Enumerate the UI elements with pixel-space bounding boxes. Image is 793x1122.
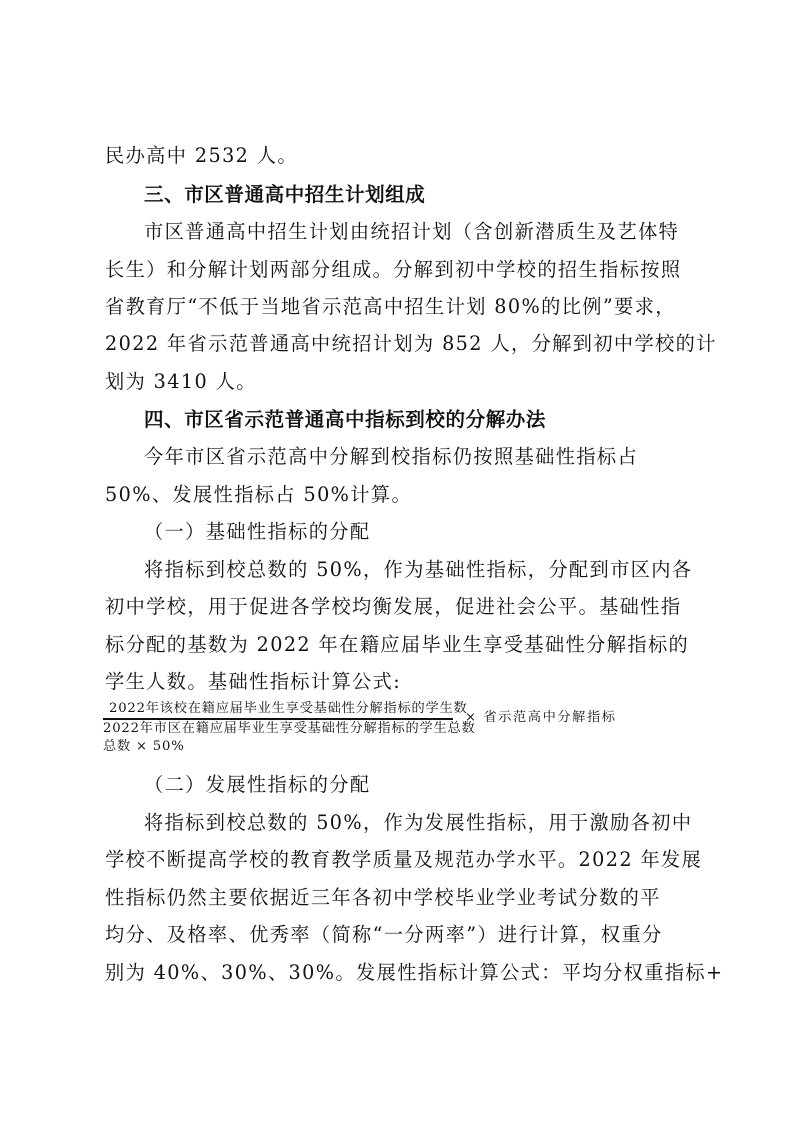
paragraph-line: 民办高中 2532 人。	[105, 144, 298, 168]
paragraph-line: 将指标到校总数的 50%，作为基础性指标，分配到市区内各	[144, 558, 692, 582]
paragraph-line: 2022 年省示范普通高中统招计划为 852 人，分解到初中学校的计	[105, 332, 717, 356]
subsection-heading-2: （二）发展性指标的分配	[144, 773, 370, 797]
formula-multiplier: × 省示范高中分解指标	[465, 710, 617, 726]
paragraph-line: 市区普通高中招生计划由统招计划（含创新潜质生及艺体特	[144, 220, 679, 244]
formula-denominator: 2022年市区在籍应届毕业生享受基础性分解指标的学生总数	[103, 721, 475, 737]
formula-tail: 总数 × 50%	[103, 739, 185, 755]
paragraph-line: 划为 3410 人。	[105, 370, 257, 394]
paragraph-line: 长生）和分解计划两部分组成。分解到初中学校的招生指标按照	[105, 258, 681, 282]
paragraph-line: 均分、及格率、优秀率（简称“一分两率”）进行计算，权重分	[105, 923, 663, 947]
paragraph-line: 初中学校，用于促进各学校均衡发展，促进社会公平。基础性指	[105, 595, 681, 619]
paragraph-line: 今年市区省示范高中分解到校指标仍按照基础性指标占	[144, 445, 638, 469]
paragraph-line: 学生人数。基础性指标计算公式:	[105, 670, 401, 694]
formula-numerator: 2022年该校在籍应届毕业生享受基础性分解指标的学生数	[109, 701, 467, 717]
paragraph-line: 将指标到校总数的 50%，作为发展性指标，用于激励各初中	[144, 811, 692, 835]
paragraph-line: 50%、发展性指标占 50%计算。	[105, 483, 412, 507]
paragraph-line: 性指标仍然主要依据近三年各初中学校毕业学业考试分数的平	[105, 886, 661, 910]
paragraph-line: 标分配的基数为 2022 年在籍应届毕业生享受基础性分解指标的	[105, 633, 689, 657]
section-heading-3: 三、市区普通高中招生计划组成	[144, 183, 425, 207]
paragraph-line: 别为 40%、30%、30%。发展性指标计算公式：平均分权重指标+	[105, 961, 723, 985]
paragraph-line: 省教育厅“不低于当地省示范高中招生计划 80%的比例”要求，	[105, 295, 676, 319]
subsection-heading-1: （一）基础性指标的分配	[144, 520, 370, 544]
paragraph-line: 学校不断提高学校的教育教学质量及规范办学水平。2022 年发展	[105, 848, 702, 872]
section-heading-4: 四、市区省示范普通高中指标到校的分解办法	[144, 408, 546, 432]
fraction-bar	[103, 718, 453, 720]
